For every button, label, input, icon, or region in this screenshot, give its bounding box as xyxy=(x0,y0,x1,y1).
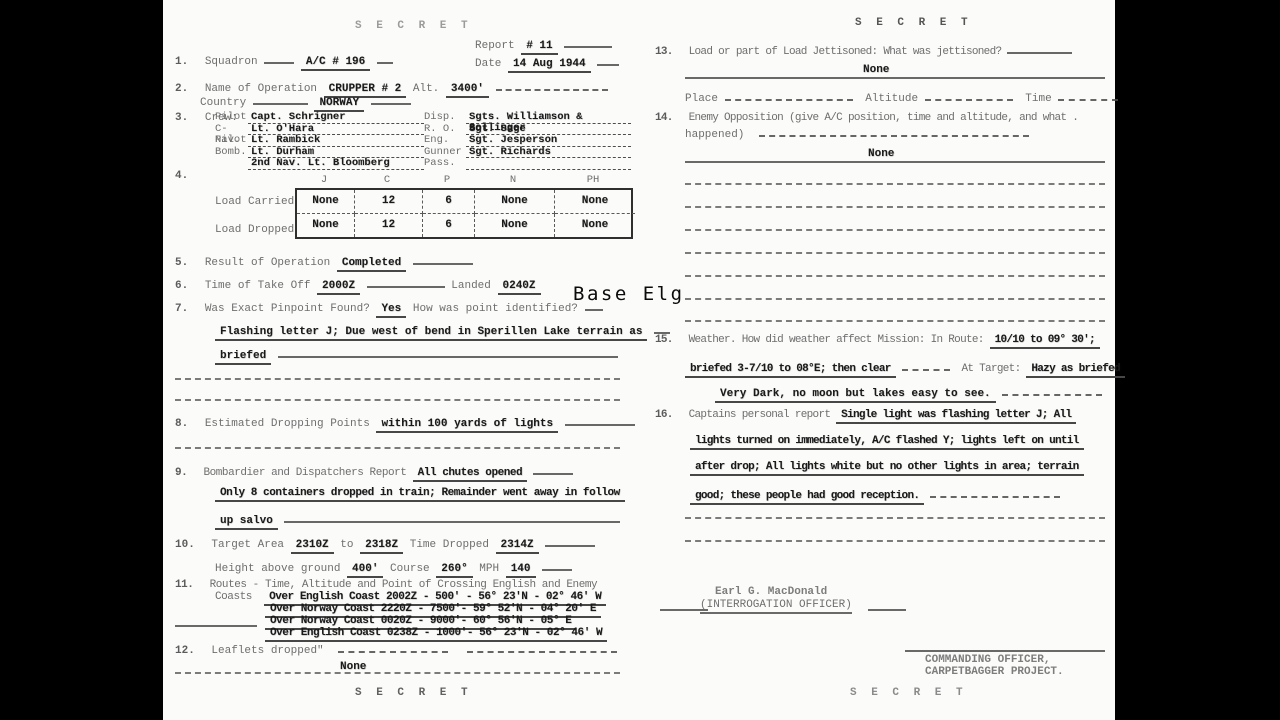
table-cell: None xyxy=(555,214,635,237)
item-number: 4. xyxy=(175,170,188,182)
height-value: 400' xyxy=(347,563,383,578)
item-number: 10. xyxy=(175,539,195,551)
carpetbagger-project-line: CARPETBAGGER PROJECT. xyxy=(925,666,1064,678)
blank-line xyxy=(175,625,257,627)
item-8-dropping-points: 8. Estimated Dropping Points within 100 … xyxy=(175,414,635,431)
crew-name: Sgt. Richards xyxy=(466,147,631,159)
blank-segment xyxy=(1058,89,1118,101)
item-1-squadron: 1. Squadron A/C # 196 xyxy=(175,52,393,69)
blank-line xyxy=(685,298,1105,300)
blank-segment xyxy=(253,93,308,105)
load-col-header: C xyxy=(353,174,421,186)
captains-report-line-3: after drop; All lights white but no othe… xyxy=(690,461,1084,474)
blank-segment xyxy=(542,559,572,571)
pinpoint-answer-line-2: briefed xyxy=(215,346,618,363)
date-label: Date xyxy=(475,58,501,70)
bombardier-label: Bombardier and Dispatchers Report xyxy=(203,467,406,479)
screenshot-root: { "scan": { "classification": "S E C R E… xyxy=(0,0,1280,720)
time-label: Time xyxy=(1025,93,1051,105)
happened-label: happened) xyxy=(685,129,744,141)
blank-segment xyxy=(930,486,1060,498)
table-cell: None xyxy=(475,214,555,237)
item-10-target-area: 10. Target Area 2310Z to 2318Z Time Drop… xyxy=(175,535,595,552)
load-col-header: P xyxy=(421,174,473,186)
blank-line xyxy=(175,447,620,449)
target-from: 2310Z xyxy=(291,539,334,554)
course-value: 260° xyxy=(436,563,472,578)
item-15-weather: 15. Weather. How did weather affect Miss… xyxy=(655,334,1100,347)
enemy-opposition-label: Enemy Opposition (give A/C position, tim… xyxy=(689,112,1078,124)
altitude-label: Alt. xyxy=(413,83,439,95)
item-number: 9. xyxy=(175,467,187,479)
table-cell: 6 xyxy=(423,190,475,214)
pinpoint-answer: Yes xyxy=(376,303,406,318)
height-label: Height above ground xyxy=(215,563,340,575)
load-table-body: None 12 6 None None None 12 6 None None xyxy=(295,188,633,239)
classification-footer-right: S E C R E T xyxy=(850,687,967,699)
table-cell: 12 xyxy=(355,214,423,237)
load-dropped-label: Load Dropped xyxy=(215,224,294,237)
signoff-row-2: CARPETBAGGER PROJECT. xyxy=(925,666,1064,679)
mph-label: MPH xyxy=(479,563,499,575)
load-col-header: J xyxy=(295,174,353,186)
crew-name: Sgt. Jesperson xyxy=(466,135,631,147)
pinpoint-question: Was Exact Pinpoint Found? xyxy=(205,303,370,315)
at-target-label: At Target: xyxy=(961,363,1020,375)
scanned-report-page: S E C R E T Report # 11 Date 14 Aug 1944… xyxy=(163,0,1115,720)
item-number: 8. xyxy=(175,418,188,430)
table-cell: None xyxy=(475,190,555,214)
bombardier-line-3: up salvo xyxy=(215,511,620,528)
item-number: 16. xyxy=(655,409,673,421)
squadron-label: Squadron xyxy=(205,56,258,68)
height-course-row: Height above ground 400' Course 260° MPH… xyxy=(215,559,572,576)
date-row: Date 14 Aug 1944 xyxy=(475,54,619,71)
blank-segment xyxy=(533,463,573,475)
item-number: 15. xyxy=(655,334,673,346)
enemy-opposition-label-2: happened) xyxy=(685,125,1029,142)
routes-label: Routes - Time, Altitude and Point of Cro… xyxy=(210,579,598,591)
blank-line xyxy=(175,399,620,401)
country-value: NORWAY xyxy=(314,97,364,112)
blank-segment xyxy=(338,641,448,653)
signature-name-row: Earl G. MacDonald xyxy=(715,586,827,599)
blank-segment xyxy=(1007,42,1072,54)
result-value: Completed xyxy=(337,257,406,272)
report-text: good; these people had good reception. xyxy=(690,490,924,505)
report-text: Single light was flashing letter J; All xyxy=(836,409,1076,424)
answer-text: Flashing letter J; Due west of bend in S… xyxy=(215,326,647,341)
blank-segment xyxy=(565,414,635,426)
classification-footer-left: S E C R E T xyxy=(355,687,472,699)
crew-role-label: Eng. xyxy=(424,135,466,147)
classification-header-right: S E C R E T xyxy=(855,17,972,29)
table-cell: 12 xyxy=(355,190,423,214)
country-row: Country NORWAY xyxy=(200,93,411,110)
blank-segment xyxy=(725,89,853,101)
altitude-value: 3400' xyxy=(446,83,489,98)
answer-text: up salvo xyxy=(215,515,278,530)
crew-role-label: Pass. xyxy=(424,158,466,170)
classification-header-left: S E C R E T xyxy=(355,20,472,32)
item-number: 11. xyxy=(175,579,193,591)
item-number: 3. xyxy=(175,112,188,124)
answer-text: briefed xyxy=(215,350,271,365)
date-value: 14 Aug 1944 xyxy=(508,58,591,73)
crew-role-label: Bomb. xyxy=(215,147,248,159)
blank-segment xyxy=(278,346,618,358)
squadron-value: A/C # 196 xyxy=(301,56,370,71)
at-target-value: Hazy as briefed xyxy=(1026,363,1125,378)
dropping-points-value: within 100 yards of lights xyxy=(376,418,558,433)
result-label: Result of Operation xyxy=(205,257,330,269)
identified-question: How was point identified? xyxy=(413,303,578,315)
blank-segment xyxy=(264,52,294,64)
report-number-row: Report # 11 xyxy=(475,36,612,53)
enemy-opposition-value: None xyxy=(863,148,899,161)
item-7-pinpoint: 7. Was Exact Pinpoint Found? Yes How was… xyxy=(175,299,603,316)
enemy-opposition-value-row: None xyxy=(863,148,899,161)
signature-dash xyxy=(868,609,906,611)
time-dropped-value: 2314Z xyxy=(496,539,539,554)
captains-report-line-2: lights turned on immediately, A/C flashe… xyxy=(690,435,1084,448)
base-annotation-overlay: Base Elg xyxy=(573,283,685,305)
blank-segment xyxy=(413,253,473,265)
item-16-captains-report: 16. Captains personal report Single ligh… xyxy=(655,409,1076,422)
bombardier-line-2: Only 8 containers dropped in train; Rema… xyxy=(215,487,625,500)
blank-line xyxy=(685,517,1105,519)
weather-enroute-value: 10/10 to 09° 30'; xyxy=(990,334,1100,349)
dropping-points-label: Estimated Dropping Points xyxy=(205,418,370,430)
crew-name: Capt. Schrigner xyxy=(248,112,424,124)
blank-segment xyxy=(467,641,617,653)
blank-line xyxy=(685,161,1105,163)
load-col-header: N xyxy=(473,174,553,186)
commanding-officer-line: COMMANDING OFFICER, xyxy=(925,654,1050,666)
answer-text: Only 8 containers dropped in train; Rema… xyxy=(215,487,625,502)
crew-name: 2nd Nav. Lt. Bloomberg xyxy=(248,158,424,170)
blank-line xyxy=(685,252,1105,254)
blank-segment xyxy=(377,52,393,64)
blank-segment xyxy=(371,93,411,105)
weather-briefed-value: briefed 3-7/10 to 08°E; then clear xyxy=(685,363,896,378)
blank-line xyxy=(685,183,1105,185)
place-label: Place xyxy=(685,93,718,105)
load-carried-label: Load Carried xyxy=(215,196,294,209)
route-line-4: Over English Coast 0238Z - 1000'- 56° 23… xyxy=(265,627,607,640)
blank-segment xyxy=(284,511,620,523)
blank-line xyxy=(685,275,1105,277)
weather-line-3: Very Dark, no moon but lakes easy to see… xyxy=(715,384,1102,401)
country-label: Country xyxy=(200,97,246,109)
table-cell: None xyxy=(297,214,355,237)
coasts-label: Coasts xyxy=(215,591,252,603)
blank-line xyxy=(685,229,1105,231)
mph-value: 140 xyxy=(506,563,536,578)
weather-line-2: briefed 3-7/10 to 08°E; then clear At Ta… xyxy=(685,359,1125,376)
weather-night-value: Very Dark, no moon but lakes easy to see… xyxy=(715,388,996,403)
item-number: 5. xyxy=(175,257,188,269)
interrogation-officer-name: Earl G. MacDonald xyxy=(715,586,827,598)
blank-segment xyxy=(759,125,1029,137)
blank-segment xyxy=(367,276,445,288)
item-9-bombardier-report: 9. Bombardier and Dispatchers Report All… xyxy=(175,463,573,480)
crew-name: Lt. Rambick xyxy=(248,135,424,147)
to-label: to xyxy=(340,539,353,551)
blank-line xyxy=(685,540,1105,542)
item-number: 7. xyxy=(175,303,188,315)
item-number: 2. xyxy=(175,83,188,95)
blank-segment xyxy=(1002,384,1102,396)
signoff-line xyxy=(905,650,1105,652)
target-to: 2318Z xyxy=(360,539,403,554)
item-number: 1. xyxy=(175,56,188,68)
blank-segment xyxy=(545,535,595,547)
jettisoned-value-row: None xyxy=(858,64,894,77)
item-number: 6. xyxy=(175,280,188,292)
item-number: 13. xyxy=(655,46,673,58)
load-table-header: J C P N PH xyxy=(295,174,633,186)
crew-roster: Pilot Capt. Schrigner Disp. Sgts. Willia… xyxy=(215,112,631,170)
crew-role-label xyxy=(215,158,248,170)
crew-role-label: Nav. xyxy=(215,135,248,147)
report-text: lights turned on immediately, A/C flashe… xyxy=(690,435,1084,450)
blank-line xyxy=(685,320,1105,322)
blank-segment xyxy=(925,89,1013,101)
load-table: J C P N PH None 12 6 None None None 12 6… xyxy=(295,174,633,239)
item-number: 14. xyxy=(655,112,673,124)
captains-report-line-4: good; these people had good reception. xyxy=(690,486,1060,503)
blank-line xyxy=(685,206,1105,208)
place-altitude-time-row: Place Altitude Time xyxy=(685,89,1118,106)
bombardier-value: All chutes opened xyxy=(413,467,528,482)
time-dropped-label: Time Dropped xyxy=(410,539,489,551)
altitude-label: Altitude xyxy=(865,93,918,105)
table-cell: None xyxy=(555,190,635,214)
blank-line xyxy=(175,672,620,674)
item-4: 4. xyxy=(175,170,198,183)
table-cell: 6 xyxy=(423,214,475,237)
interrogation-officer-title: (INTERROGATION OFFICER) xyxy=(700,599,852,614)
item-6-takeoff: 6. Time of Take Off 2000Z Landed 0240Z xyxy=(175,276,541,293)
item-14-enemy-opposition: 14. Enemy Opposition (give A/C position,… xyxy=(655,112,1078,125)
route-entry: Over English Coast 0238Z - 1000'- 56° 23… xyxy=(265,627,607,642)
takeoff-label: Time of Take Off xyxy=(205,280,311,292)
takeoff-value: 2000Z xyxy=(317,280,360,295)
blank-segment xyxy=(496,79,608,91)
item-13-jettisoned: 13. Load or part of Load Jettisoned: Wha… xyxy=(655,42,1072,59)
target-area-label: Target Area xyxy=(211,539,284,551)
signature-title-row: (INTERROGATION OFFICER) xyxy=(700,599,852,612)
captains-report-label: Captains personal report xyxy=(689,409,831,421)
load-col-header: PH xyxy=(553,174,633,186)
report-label: Report xyxy=(475,40,515,52)
blank-line xyxy=(175,378,620,380)
blank-line xyxy=(685,77,1105,79)
crew-name xyxy=(466,158,631,170)
jettisoned-label: Load or part of Load Jettisoned: What wa… xyxy=(689,46,1002,58)
weather-label: Weather. How did weather affect Mission:… xyxy=(689,334,984,346)
course-label: Course xyxy=(390,563,430,575)
pinpoint-answer-line-1: Flashing letter J; Due west of bend in S… xyxy=(215,322,670,339)
leaflets-label: Leaflets dropped" xyxy=(211,645,323,657)
table-cell: None xyxy=(297,190,355,214)
landed-value: 0240Z xyxy=(498,280,541,295)
item-12-leaflets: 12. Leaflets dropped" xyxy=(175,641,617,658)
jettisoned-value: None xyxy=(858,64,894,77)
landed-label: Landed xyxy=(451,280,491,292)
blank-segment xyxy=(654,322,670,334)
item-number: 12. xyxy=(175,645,195,657)
item-5-result: 5. Result of Operation Completed xyxy=(175,253,473,270)
crew-role-label: Disp. xyxy=(424,112,466,124)
report-number-value: # 11 xyxy=(521,40,557,55)
crew-name: Sgts. Williamson & Bollinger xyxy=(466,112,631,124)
report-text: after drop; All lights white but no othe… xyxy=(690,461,1084,476)
blank-segment xyxy=(597,54,619,66)
blank-segment xyxy=(564,36,612,48)
blank-segment xyxy=(902,359,950,371)
crew-role-label: Pilot xyxy=(215,112,248,124)
